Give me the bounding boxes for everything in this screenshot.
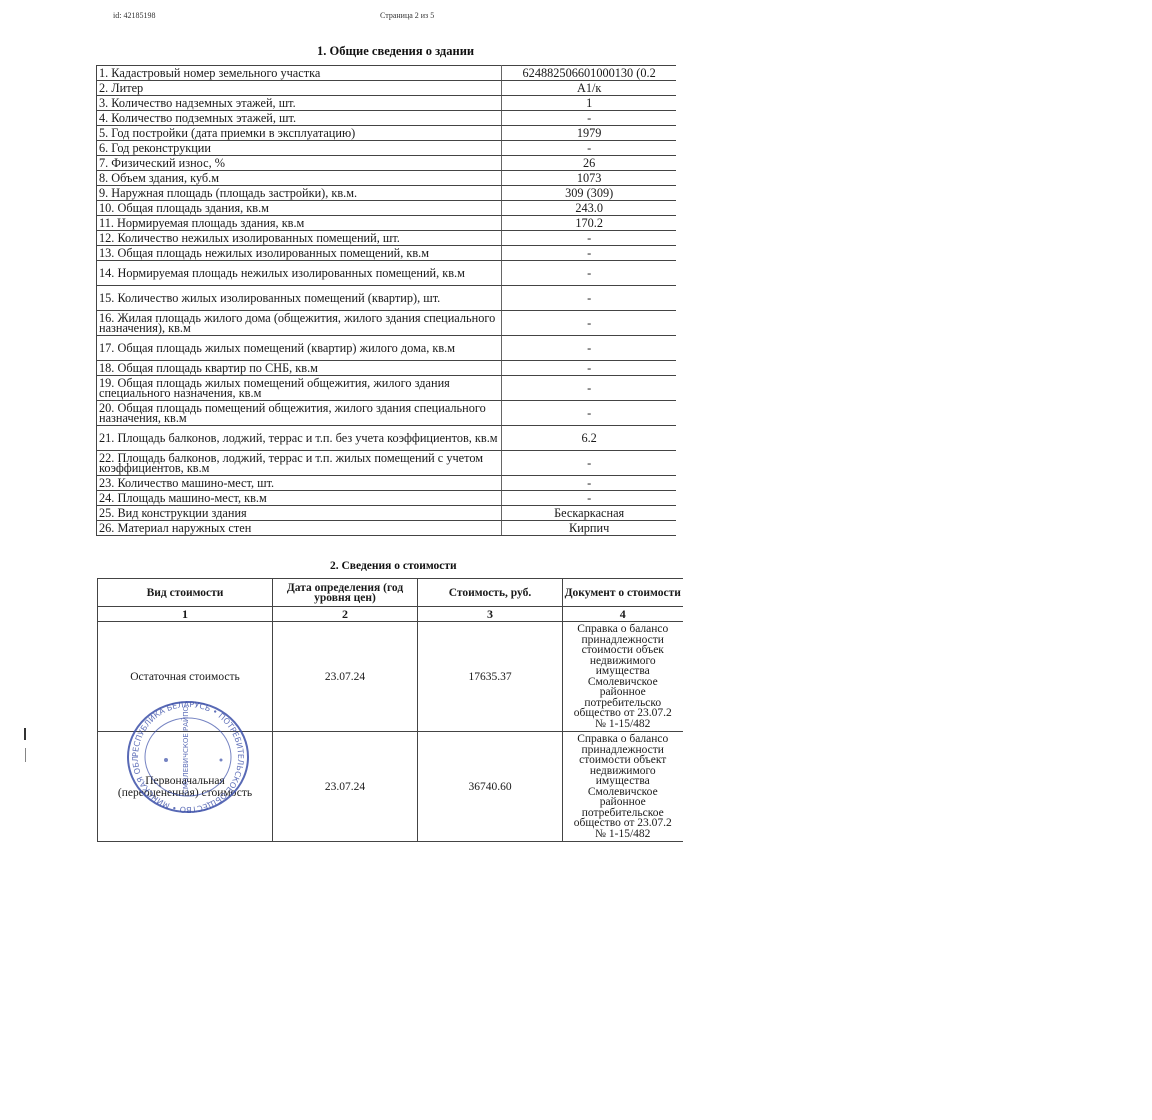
cost-type-text: Первоначальная (переоцененная) стоимость [110,775,260,799]
row-value: Бескаркасная [502,506,676,521]
table-row: 16. Жилая площадь жилого дома (общежития… [97,311,677,336]
cost-table-header-row: Вид стоимости Дата определения (год уров… [98,579,683,607]
row-label: 24. Площадь машино-мест, кв.м [97,491,502,506]
row-value: 243.0 [502,201,676,216]
table-row: 7. Физический износ, %26 [97,156,677,171]
row-label: 13. Общая площадь нежилых изолированных … [97,246,502,261]
row-label: 26. Материал наружных стен [97,521,502,536]
cost-type: Первоначальная (переоцененная) стоимость [98,732,273,842]
table-row: 9. Наружная площадь (площадь застройки),… [97,186,677,201]
row-label: 10. Общая площадь здания, кв.м [97,201,502,216]
header-cost: Стоимость, руб. [418,579,563,607]
cost-info-table: Вид стоимости Дата определения (год уров… [97,578,683,842]
cost-document: Справка о балансопринадлежностистоимости… [563,732,683,842]
cost-document: Справка о балансопринадлежностистоимости… [563,622,683,732]
building-info-table: 1. Кадастровый номер земельного участка6… [96,65,676,536]
row-value: A1/к [502,81,676,96]
row-label: 2. Литер [97,81,502,96]
row-value: Кирпич [502,521,676,536]
row-value: - [502,336,676,361]
row-value: - [502,376,676,401]
table-row: 4. Количество подземных этажей, шт.- [97,111,677,126]
table-row: 10. Общая площадь здания, кв.м243.0 [97,201,677,216]
table-row: 14. Нормируемая площадь нежилых изолиров… [97,261,677,286]
row-value: - [502,261,676,286]
row-value: 6.2 [502,426,676,451]
row-value: - [502,401,676,426]
row-value: - [502,111,676,126]
table-row: 8. Объем здания, куб.м1073 [97,171,677,186]
cost-value: 17635.37 [418,622,563,732]
column-number: 4 [563,607,683,622]
row-value: - [502,451,676,476]
table-row: 18. Общая площадь квартир по СНБ, кв.м- [97,361,677,376]
row-label: 21. Площадь балконов, лоджий, террас и т… [97,426,502,451]
table-row: 25. Вид конструкции зданияБескаркасная [97,506,677,521]
table-row: Остаточная стоимость 23.07.24 17635.37 С… [98,622,683,732]
row-value: - [502,231,676,246]
row-value: - [502,491,676,506]
row-label: 16. Жилая площадь жилого дома (общежития… [97,311,502,336]
section-1-title: 1. Общие сведения о здании [317,44,474,59]
table-row: 26. Материал наружных стенКирпич [97,521,677,536]
column-number: 3 [418,607,563,622]
scan-artifact [25,748,26,762]
row-value: 624882506601000130 (0.2 [502,66,676,81]
row-value: 1979 [502,126,676,141]
row-value: - [502,476,676,491]
row-label: 3. Количество надземных этажей, шт. [97,96,502,111]
row-label: 18. Общая площадь квартир по СНБ, кв.м [97,361,502,376]
row-value: - [502,286,676,311]
header-document: Документ о стоимости [563,579,683,607]
header-cost-type: Вид стоимости [98,579,273,607]
table-row: 11. Нормируемая площадь здания, кв.м170.… [97,216,677,231]
row-label: 17. Общая площадь жилых помещений (кварт… [97,336,502,361]
row-label: 12. Количество нежилых изолированных пом… [97,231,502,246]
table-row: 24. Площадь машино-мест, кв.м- [97,491,677,506]
table-row: 1. Кадастровый номер земельного участка6… [97,66,677,81]
header-date: Дата определения (год уровня цен) [273,579,418,607]
cost-type: Остаточная стоимость [98,622,273,732]
row-label: 4. Количество подземных этажей, шт. [97,111,502,126]
row-label: 9. Наружная площадь (площадь застройки),… [97,186,502,201]
section-2-title: 2. Сведения о стоимости [330,560,457,572]
row-label: 8. Объем здания, куб.м [97,171,502,186]
table-row: 6. Год реконструкции- [97,141,677,156]
row-label: 20. Общая площадь помещений общежития, ж… [97,401,502,426]
row-value: 1 [502,96,676,111]
row-value: - [502,361,676,376]
scan-artifact [24,728,26,740]
row-value: 309 (309) [502,186,676,201]
row-label: 23. Количество машино-мест, шт. [97,476,502,491]
row-label: 6. Год реконструкции [97,141,502,156]
table-row: 12. Количество нежилых изолированных пом… [97,231,677,246]
table-row: 15. Количество жилых изолированных помещ… [97,286,677,311]
row-label: 11. Нормируемая площадь здания, кв.м [97,216,502,231]
table-row: 13. Общая площадь нежилых изолированных … [97,246,677,261]
table-row: 20. Общая площадь помещений общежития, ж… [97,401,677,426]
table-row: 5. Год постройки (дата приемки в эксплуа… [97,126,677,141]
row-label: 7. Физический износ, % [97,156,502,171]
row-value: 26 [502,156,676,171]
row-label: 25. Вид конструкции здания [97,506,502,521]
cost-document-text: Справка о балансопринадлежностистоимости… [574,624,672,729]
cost-date: 23.07.24 [273,622,418,732]
cost-document-text: Справка о балансопринадлежностистоимости… [574,734,672,839]
row-label: 15. Количество жилых изолированных помещ… [97,286,502,311]
row-label: 22. Площадь балконов, лоджий, террас и т… [97,451,502,476]
row-value: - [502,141,676,156]
column-number-row: 1 2 3 4 [98,607,683,622]
row-label: 5. Год постройки (дата приемки в эксплуа… [97,126,502,141]
row-label: 14. Нормируемая площадь нежилых изолиров… [97,261,502,286]
row-value: 1073 [502,171,676,186]
column-number: 1 [98,607,273,622]
page-indicator: Страница 2 из 5 [380,11,434,20]
column-number: 2 [273,607,418,622]
document-id: id: 42185198 [113,11,155,20]
table-row: Первоначальная (переоцененная) стоимость… [98,732,683,842]
table-row: 2. ЛитерA1/к [97,81,677,96]
cost-date: 23.07.24 [273,732,418,842]
table-row: 21. Площадь балконов, лоджий, террас и т… [97,426,677,451]
row-value: 170.2 [502,216,676,231]
table-row: 23. Количество машино-мест, шт.- [97,476,677,491]
table-row: 19. Общая площадь жилых помещений общежи… [97,376,677,401]
row-value: - [502,311,676,336]
table-row: 17. Общая площадь жилых помещений (кварт… [97,336,677,361]
table-row: 3. Количество надземных этажей, шт.1 [97,96,677,111]
cost-value: 36740.60 [418,732,563,842]
table-row: 22. Площадь балконов, лоджий, террас и т… [97,451,677,476]
row-value: - [502,246,676,261]
row-label: 19. Общая площадь жилых помещений общежи… [97,376,502,401]
row-label: 1. Кадастровый номер земельного участка [97,66,502,81]
